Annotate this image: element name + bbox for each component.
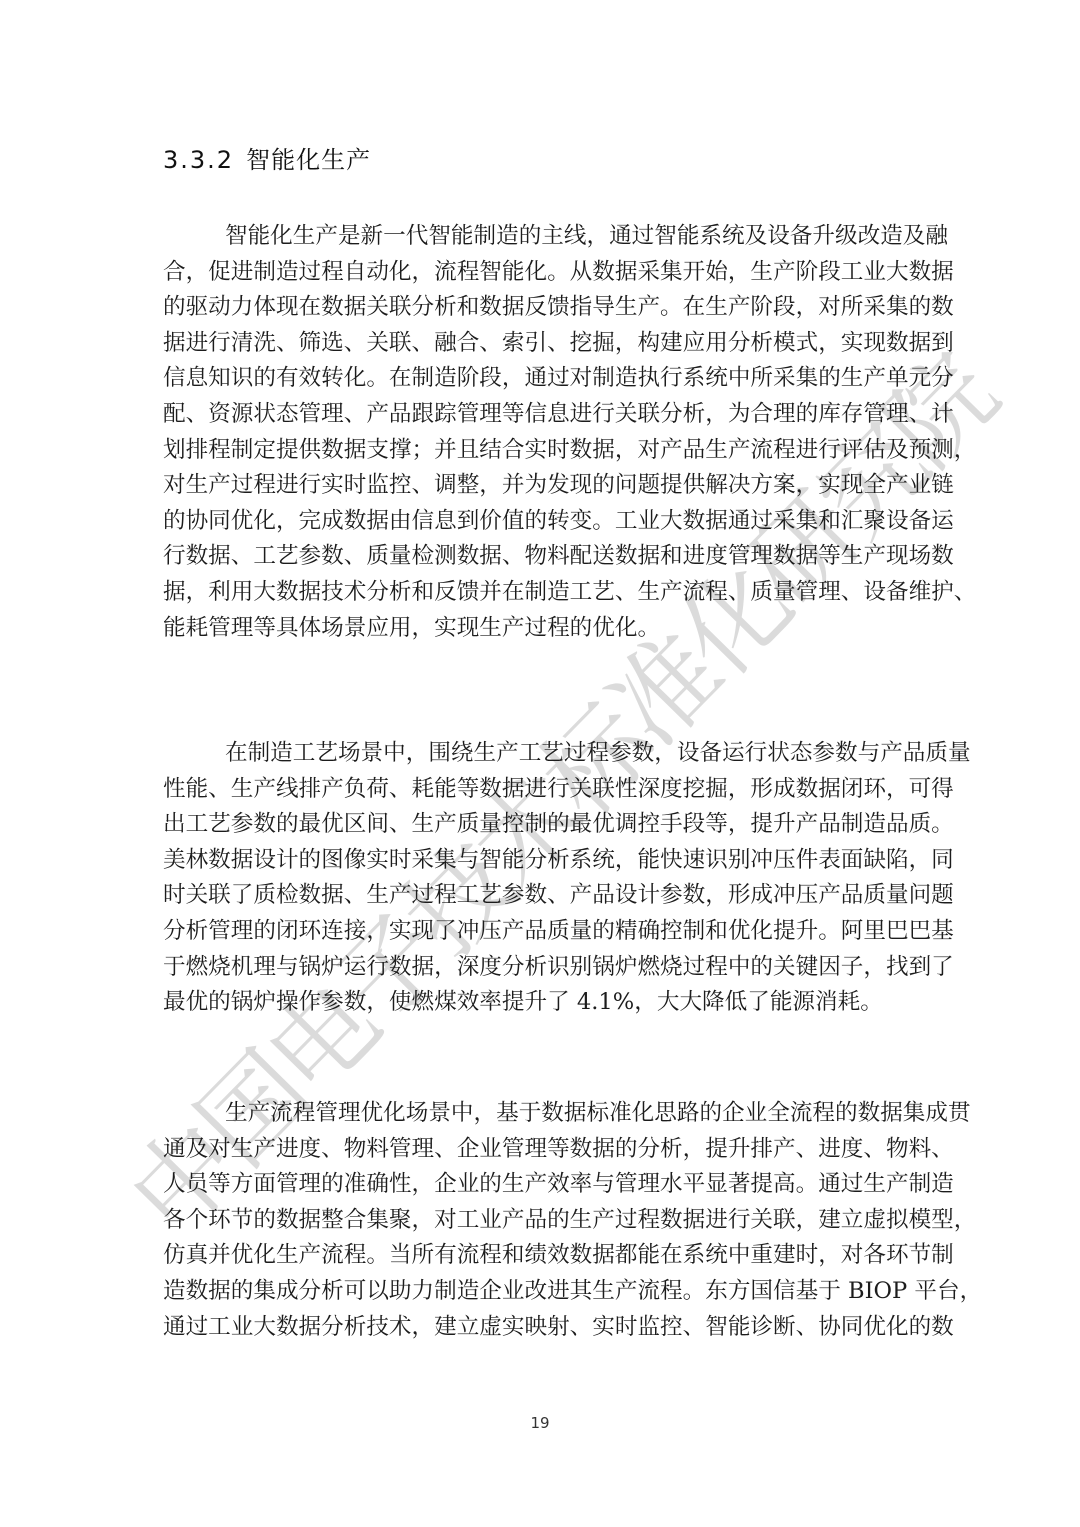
text-line: 时关联了质检数据、生产过程工艺参数、产品设计参数，形成冲压产品质量问题 [163,878,917,914]
text-line: 能耗管理等具体场景应用，实现生产过程的优化。 [163,611,917,647]
text-line: 配、资源状态管理、产品跟踪管理等信息进行关联分析，为合理的库存管理、计 [163,397,917,433]
text-line: 出工艺参数的最优区间、生产质量控制的最优调控手段等，提升产品制造品质。 [163,807,917,843]
text-line: 据进行清洗、筛选、关联、融合、索引、挖掘，构建应用分析模式，实现数据到 [163,326,917,362]
text-line: 智能化生产是新一代智能制造的主线，通过智能系统及设备升级改造及融 [163,219,917,255]
text-line: 生产流程管理优化场景中，基于数据标准化思路的企业全流程的数据集成贯 [163,1096,917,1132]
text-line: 通及对生产进度、物料管理、企业管理等数据的分析，提升排产、进度、物料、 [163,1132,917,1168]
text-line: 信息知识的有效转化。在制造阶段，通过对制造执行系统中所采集的生产单元分 [163,361,917,397]
text-line: 于燃烧机理与锅炉运行数据，深度分析识别锅炉燃烧过程中的关键因子，找到了 [163,950,917,986]
text-line: 各个环节的数据整合集聚，对工业产品的生产过程数据进行关联，建立虚拟模型， [163,1203,917,1239]
text-line: 仿真并优化生产流程。当所有流程和绩效数据都能在系统中重建时，对各环节制 [163,1238,917,1274]
text-line: 人员等方面管理的准确性，企业的生产效率与管理水平显著提高。通过生产制造 [163,1167,917,1203]
section-heading: 3.3.2智能化生产 [163,143,371,177]
paragraph-intelligent-production: 智能化生产是新一代智能制造的主线，通过智能系统及设备升级改造及融 合，促进制造过… [163,219,917,646]
text-line: 分析管理的闭环连接，实现了冲压产品质量的精确控制和优化提升。阿里巴巴基 [163,914,917,950]
text-line: 美林数据设计的图像实时采集与智能分析系统，能快速识别冲压件表面缺陷，同 [163,843,917,879]
section-number: 3.3.2 [163,146,234,174]
paragraph-flow-management: 生产流程管理优化场景中，基于数据标准化思路的企业全流程的数据集成贯 通及对生产进… [163,1096,917,1345]
text-line: 据，利用大数据技术分析和反馈并在制造工艺、生产流程、质量管理、设备维护、 [163,575,917,611]
text-line: 通过工业大数据分析技术，建立虚实映射、实时监控、智能诊断、协同优化的数 [163,1310,917,1346]
page-number: 19 [0,1414,1080,1432]
paragraph-process-scenario: 在制造工艺场景中，围绕生产工艺过程参数，设备运行状态参数与产品质量 性能、生产线… [163,736,917,1021]
text-line: 最优的锅炉操作参数，使燃煤效率提升了 4.1%，大大降低了能源消耗。 [163,985,917,1021]
text-line: 性能、生产线排产负荷、耗能等数据进行关联性深度挖掘，形成数据闭环，可得 [163,772,917,808]
text-line: 在制造工艺场景中，围绕生产工艺过程参数，设备运行状态参数与产品质量 [163,736,917,772]
document-page: 中国电子技术标准化研究院 3.3.2智能化生产 智能化生产是新一代智能制造的主线… [0,0,1080,1527]
text-line: 划排程制定提供数据支撑；并且结合实时数据，对产品生产流程进行评估及预测， [163,433,917,469]
text-line: 行数据、工艺参数、质量检测数据、物料配送数据和进度管理数据等生产现场数 [163,539,917,575]
text-line: 合，促进制造过程自动化，流程智能化。从数据采集开始，生产阶段工业大数据 [163,255,917,291]
text-line: 的协同优化，完成数据由信息到价值的转变。工业大数据通过采集和汇聚设备运 [163,504,917,540]
section-title: 智能化生产 [246,146,371,174]
text-line: 对生产过程进行实时监控、调整，并为发现的问题提供解决方案，实现全产业链 [163,468,917,504]
text-line: 的驱动力体现在数据关联分析和数据反馈指导生产。在生产阶段，对所采集的数 [163,290,917,326]
text-line: 造数据的集成分析可以助力制造企业改进其生产流程。东方国信基于 BIOP 平台， [163,1274,917,1310]
